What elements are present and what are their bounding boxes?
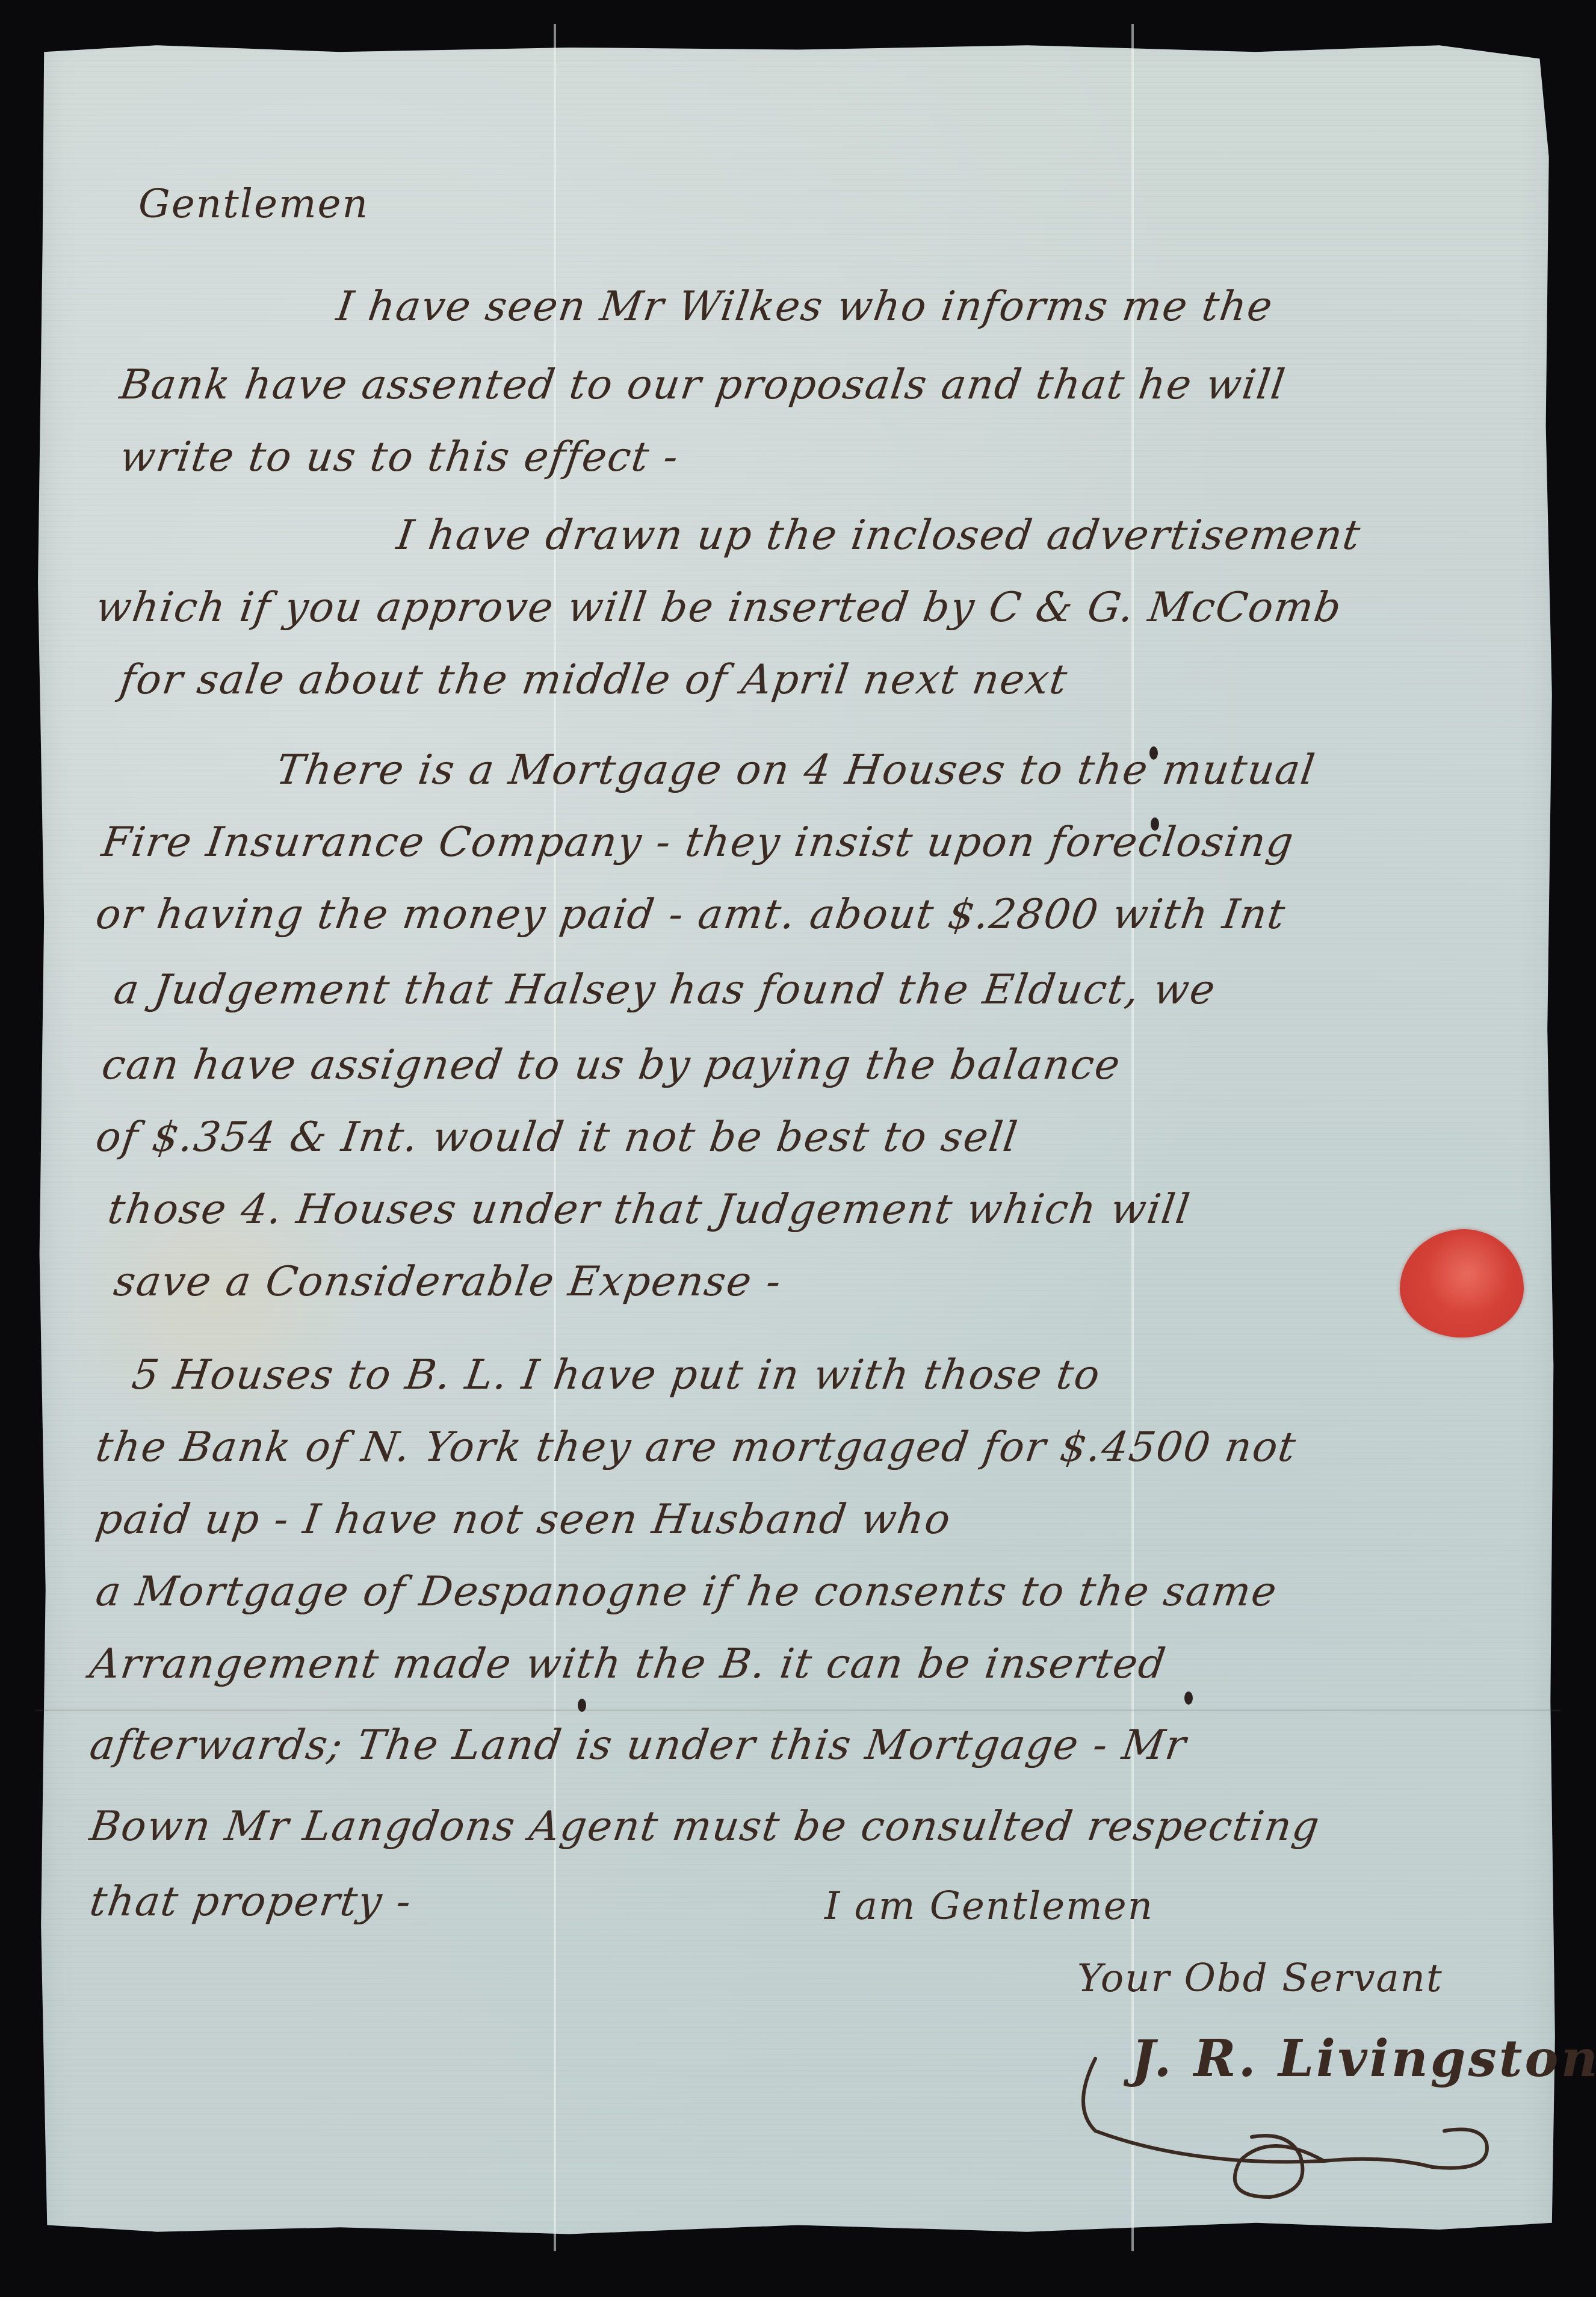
ink-blot bbox=[1184, 1691, 1193, 1705]
letter-line: I have drawn up the inclosed advertiseme… bbox=[394, 512, 1364, 559]
letter-line: afterwards; The Land is under this Mortg… bbox=[87, 1722, 1189, 1769]
letter-line: paid up - I have not seen Husband who bbox=[93, 1496, 954, 1543]
letter-line: save a Considerable Expense - bbox=[111, 1258, 785, 1306]
closing-line: I am Gentlemen bbox=[824, 1884, 1154, 1929]
letter-line: Fire Insurance Company - they insist upo… bbox=[99, 819, 1297, 866]
letter-line: 5 Houses to B. L. I have put in with tho… bbox=[129, 1351, 1103, 1399]
letter-salutation: Gentlemen bbox=[138, 181, 369, 227]
letter-line: of $.354 & Int. would it not be best to … bbox=[93, 1114, 1021, 1161]
letter-line: the Bank of N. York they are mortgaged f… bbox=[93, 1424, 1299, 1471]
letter-line: a Mortgage of Despanogne if he consents … bbox=[93, 1568, 1280, 1616]
letter-line: can have assigned to us by paying the ba… bbox=[99, 1041, 1124, 1089]
letter-line: I have seen Mr Wilkes who informs me the bbox=[333, 283, 1276, 330]
letter-line: Bank have assented to our proposals and … bbox=[117, 361, 1288, 409]
signature-flourish-icon bbox=[1071, 2035, 1529, 2203]
letter-line: for sale about the middle of April next … bbox=[117, 656, 1071, 704]
closing-line: Your Obd Servant bbox=[1077, 1956, 1443, 2001]
letter-line: those 4. Houses under that Judgement whi… bbox=[105, 1186, 1193, 1233]
ink-blot bbox=[578, 1699, 586, 1712]
paper-fold-line bbox=[35, 1710, 1561, 1711]
letter-line: write to us to this effect - bbox=[117, 433, 682, 481]
letter-line: There is a Mortgage on 4 Houses to the m… bbox=[273, 746, 1319, 794]
letter-line: Bown Mr Langdons Agent must be consulted… bbox=[87, 1803, 1323, 1850]
letter-line: or having the money paid - amt. about $.… bbox=[93, 891, 1288, 938]
letter-line: that property - bbox=[87, 1878, 415, 1926]
letter-line: Arrangement made with the B. it can be i… bbox=[87, 1640, 1169, 1688]
letter-line: a Judgement that Halsey has found the El… bbox=[111, 966, 1219, 1014]
letter-line: which if you approve will be inserted by… bbox=[93, 584, 1344, 631]
